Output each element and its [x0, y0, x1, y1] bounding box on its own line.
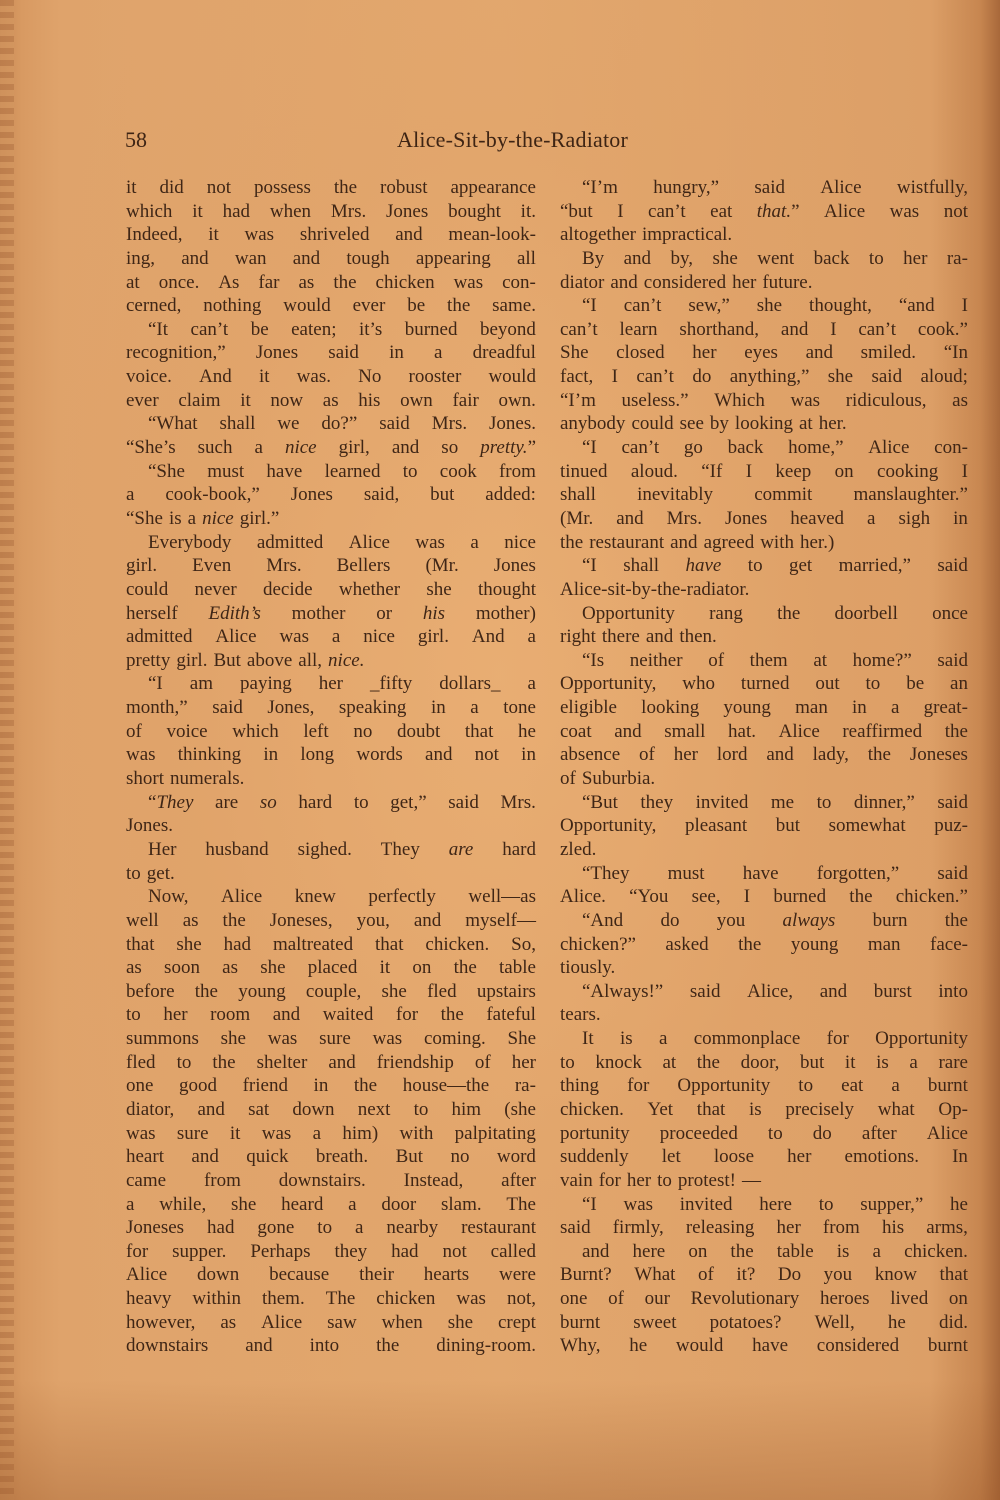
word: eligible	[560, 696, 617, 720]
word: them	[750, 649, 788, 673]
word: when	[382, 1311, 423, 1335]
word: added:	[485, 483, 536, 507]
word: for	[627, 1074, 649, 1098]
word: thinking	[178, 743, 241, 767]
word: coat	[560, 720, 592, 744]
page-number: 58	[125, 127, 147, 153]
text-line: ofSuburbia.	[560, 767, 968, 791]
word: and	[670, 531, 697, 555]
text-line: Sheclosedhereyesandsmiled.“In	[560, 341, 968, 365]
word: heroes	[820, 1287, 870, 1311]
word: she	[221, 1027, 246, 1051]
word: releasing	[686, 1216, 755, 1240]
word: was	[456, 1287, 486, 1311]
word: to	[317, 1216, 332, 1240]
word: “I	[582, 436, 597, 460]
word: but	[800, 1051, 824, 1075]
word: it	[845, 1051, 856, 1075]
word: the	[697, 1051, 720, 1075]
word: said	[937, 554, 968, 578]
word: appearing	[416, 247, 491, 271]
word: the	[376, 1334, 399, 1358]
word: “She	[126, 507, 163, 531]
word: me	[771, 791, 794, 815]
word: would	[283, 294, 331, 318]
word: By	[582, 247, 604, 271]
word: married,”	[839, 554, 911, 578]
word: was	[126, 1122, 156, 1146]
word: herself	[126, 602, 178, 626]
text-line: absenceofherlordandlady,theJoneses	[560, 743, 968, 767]
text-line: toknockatthedoor,butitisarare	[560, 1051, 968, 1075]
word: was	[126, 743, 156, 767]
text-line: Burnt?Whatofit?Doyouknowthat	[560, 1263, 968, 1287]
word: is	[169, 507, 182, 531]
word: diator	[560, 271, 604, 295]
word: the	[334, 176, 357, 200]
word: Alice	[824, 200, 865, 224]
word: was	[279, 625, 309, 649]
text-line: anybodycouldseebylookingather.	[560, 412, 968, 436]
word: no	[353, 720, 372, 744]
word: They	[381, 838, 420, 862]
text-line: “Theyaresohardtoget,”saidMrs.	[126, 791, 536, 815]
text-line: tiously.	[560, 956, 968, 980]
word: No	[358, 365, 381, 389]
word: paying	[240, 672, 292, 696]
word: Her	[148, 838, 176, 862]
text-line: fact,Ican’tdoanything,”shesaidaloud;	[560, 365, 968, 389]
word: you	[717, 909, 746, 933]
word: in	[521, 743, 536, 767]
word: she	[231, 1193, 256, 1217]
word: as	[126, 956, 142, 980]
word: nice	[504, 531, 536, 555]
text-line: Alicedownbecausetheirheartswere	[126, 1263, 536, 1287]
word: Opportunity	[582, 602, 675, 626]
word: pleasant	[685, 814, 747, 838]
word: not	[207, 176, 231, 200]
word: which	[126, 200, 172, 224]
word: so	[441, 436, 458, 460]
word: aloud.	[631, 460, 678, 484]
text-line: beforetheyoungcouple,shefledupstairs	[126, 980, 536, 1004]
word: Revolutionary	[691, 1287, 800, 1311]
word: the	[441, 1003, 464, 1027]
word: dreadful	[473, 341, 536, 365]
word: Jones	[494, 554, 536, 578]
word: downstairs	[126, 1334, 208, 1358]
word: placed	[308, 956, 358, 980]
text-line: toget.	[126, 862, 536, 886]
word: good	[179, 1074, 217, 1098]
word: ing,	[126, 247, 155, 271]
word: impractical.	[642, 223, 732, 247]
word: in	[431, 696, 446, 720]
word: that.”	[757, 200, 800, 224]
word: considered	[817, 1334, 899, 1358]
text-line: “Sheisanicegirl.”	[126, 507, 536, 531]
word: Mrs.	[667, 507, 702, 531]
word: maltreated	[273, 933, 353, 957]
text-line: “Iwasinvitedheretosupper,”he	[560, 1193, 968, 1217]
word: would	[488, 365, 536, 389]
word: thought	[478, 578, 536, 602]
word: same.	[492, 294, 536, 318]
word: Jones	[386, 200, 428, 224]
word: rang	[709, 602, 743, 626]
word: burnt	[928, 1334, 968, 1358]
text-line: whichithadwhenMrs.Jonesboughtit.	[126, 200, 536, 224]
word: “You	[629, 885, 668, 909]
text-line: “Always!”saidAlice,andburstinto	[560, 980, 968, 1004]
word: a	[528, 672, 536, 696]
word: the	[738, 933, 761, 957]
text-line: downstairsandintothedining-room.	[126, 1334, 536, 1358]
word: and	[395, 223, 422, 247]
word: can’t	[191, 318, 229, 342]
word: at	[662, 1051, 676, 1075]
word: the	[212, 1051, 235, 1075]
word: that	[126, 933, 155, 957]
word: on	[835, 460, 854, 484]
word: closed	[616, 341, 665, 365]
word: said,	[364, 483, 399, 507]
text-line: chicken.YetthatispreciselywhatOp-	[560, 1098, 968, 1122]
word: had	[223, 200, 250, 224]
text-line: saidfirmly,releasingherfromhisarms,	[560, 1216, 968, 1240]
word: down	[197, 1263, 239, 1287]
word: you,	[357, 909, 390, 933]
word: Jones	[291, 483, 333, 507]
word: pretty	[126, 649, 170, 673]
word: to	[866, 672, 881, 696]
word: slam.	[441, 1193, 482, 1217]
word: (she	[504, 1098, 536, 1122]
word: into	[310, 1334, 340, 1358]
word: perfectly	[368, 885, 436, 909]
word: could	[631, 412, 673, 436]
word: am	[190, 672, 213, 696]
word: she	[260, 956, 285, 980]
word: _fifty	[370, 672, 412, 696]
word: great-	[924, 696, 968, 720]
text-line: “Itcan’tbeeaten;it’sburnedbeyond	[126, 318, 536, 342]
word: nearby	[386, 1216, 438, 1240]
word: he	[629, 1334, 647, 1358]
word: did.	[939, 1311, 968, 1335]
word: to	[177, 1051, 192, 1075]
word: the	[777, 602, 800, 626]
word: turned	[741, 672, 790, 696]
text-line: forsupper.Perhapstheyhadnotcalled	[126, 1240, 536, 1264]
word: table	[499, 956, 536, 980]
word: well—as	[468, 885, 536, 909]
word: admitted	[126, 625, 192, 649]
word: the	[945, 909, 968, 933]
word: Perhaps	[250, 1240, 310, 1264]
word: loose	[714, 1145, 754, 1169]
word: Jones	[725, 507, 767, 531]
word: and	[293, 247, 320, 271]
word: chicken	[376, 1287, 435, 1311]
word: not	[442, 1240, 466, 1264]
text-line: Opportunityrangthedoorbellonce	[560, 602, 968, 626]
word: “Always!”	[582, 980, 663, 1004]
word: burst	[874, 980, 912, 1004]
word: a	[873, 1240, 881, 1264]
text-line: acook-book,”Jonessaid,butadded:	[126, 483, 536, 507]
word: by,	[671, 247, 694, 271]
word: no	[450, 1145, 469, 1169]
word: a	[891, 696, 899, 720]
word: emotions.	[845, 1145, 919, 1169]
word: be	[906, 672, 924, 696]
word: she	[426, 578, 451, 602]
word: summons	[126, 1027, 199, 1051]
word: him	[452, 1098, 482, 1122]
word: friendship	[377, 1051, 454, 1075]
word: well	[126, 909, 159, 933]
word: doubt	[397, 720, 440, 744]
word: “I	[582, 554, 597, 578]
word: have	[743, 862, 779, 886]
word: cook-book,”	[165, 483, 259, 507]
word: She	[508, 1027, 537, 1051]
word: eat	[841, 1074, 863, 1098]
word: Burnt?	[560, 1263, 612, 1287]
word: She	[560, 341, 589, 365]
word: of	[608, 1287, 624, 1311]
word: a	[348, 1193, 356, 1217]
word: sew,”	[688, 294, 730, 318]
word: her.	[819, 412, 847, 436]
word: and	[616, 507, 643, 531]
word: was	[373, 1027, 403, 1051]
word: his	[882, 1216, 904, 1240]
word: chicken.	[425, 933, 489, 957]
word: and	[582, 1240, 609, 1264]
word: Now,	[148, 885, 188, 909]
word: altogether	[560, 223, 636, 247]
text-line: admittedAlicewasanicegirl.Anda	[126, 625, 536, 649]
word: do?”	[321, 412, 357, 436]
text-line: portunityproceededtodoafterAlice	[560, 1122, 968, 1146]
word: looking	[641, 696, 699, 720]
word: she	[828, 365, 853, 389]
word: an	[950, 672, 968, 696]
word: smiled.	[861, 341, 916, 365]
word: dinner,”	[854, 791, 915, 815]
word: decide	[263, 578, 313, 602]
word: Alice	[868, 436, 909, 460]
text-line: Opportunity,pleasantbutsomewhatpuz-	[560, 814, 968, 838]
word: Jones.	[126, 814, 173, 838]
word: he	[888, 1311, 906, 1335]
word: who	[682, 672, 715, 696]
word: “I’m	[560, 389, 596, 413]
word: forgotten,”	[817, 862, 900, 886]
word: “She	[148, 460, 185, 484]
word: was	[454, 271, 484, 295]
text-line: burntsweetpotatoes?Well,hedid.	[560, 1311, 968, 1335]
word: a	[126, 483, 134, 507]
word: get	[789, 554, 812, 578]
word: sweet	[633, 1311, 676, 1335]
word: So,	[511, 933, 536, 957]
text-line: Alice.“Yousee,Iburnedthechicken.”	[560, 885, 968, 909]
text-line: “I’mhungry,”saidAlicewistfully,	[560, 176, 968, 200]
word: you	[824, 1263, 853, 1287]
word: But	[213, 649, 240, 673]
word: above	[247, 649, 292, 673]
word: of	[639, 743, 655, 767]
word: at	[126, 271, 140, 295]
word: he	[518, 720, 536, 744]
word: and	[610, 271, 637, 295]
word: girl,	[339, 436, 370, 460]
word: have	[686, 554, 722, 578]
word: to	[560, 1051, 575, 1075]
word: fact,	[560, 365, 593, 389]
word: that	[465, 720, 494, 744]
word: a	[126, 1193, 134, 1217]
word: appearance	[450, 176, 535, 200]
word: eaten;	[291, 318, 336, 342]
word: nice	[202, 507, 234, 531]
left-column: itdidnotpossesstherobustappearancewhichi…	[126, 176, 536, 1358]
word: at	[813, 649, 827, 673]
word: crept	[498, 1311, 536, 1335]
word: “If	[701, 460, 722, 484]
text-line: month,”saidJones,speakinginatone	[126, 696, 536, 720]
word: always	[783, 909, 836, 933]
word: “but	[560, 200, 593, 224]
word: was	[890, 200, 920, 224]
text-line: prettygirl.Butaboveall,nice.	[126, 649, 536, 673]
word: face-	[930, 933, 968, 957]
word: Alice	[221, 885, 262, 909]
word: a	[470, 696, 478, 720]
word: as	[323, 389, 339, 413]
word: to	[414, 1098, 429, 1122]
word: called	[491, 1240, 536, 1264]
word: to	[817, 791, 832, 815]
text-line: girl.EvenMrs.Bellers(Mr.Jones	[126, 554, 536, 578]
word: for	[827, 1027, 849, 1051]
text-line: “butIcan’teatthat.”Alicewasnot	[560, 200, 968, 224]
word: supper,”	[860, 1193, 923, 1217]
word: arms,	[926, 1216, 968, 1240]
word: chicken?”	[560, 933, 636, 957]
word: wistfully,	[897, 176, 968, 200]
text-line: Indeed,itwasshriveledandmean-look-	[126, 223, 536, 247]
text-line: Joneseshadgonetoanearbyrestaurant	[126, 1216, 536, 1240]
word: so	[260, 791, 277, 815]
word: it	[208, 223, 219, 247]
word: “and	[899, 294, 935, 318]
word: shorthand,	[679, 318, 759, 342]
page-header: 58 Alice-Sit-by-the-Radiator	[125, 127, 975, 161]
word: never	[195, 578, 237, 602]
word: cook.”	[918, 318, 968, 342]
word: And	[472, 625, 505, 649]
word: Yet	[648, 1098, 674, 1122]
word: Jones	[256, 341, 298, 365]
word: Alice	[261, 1311, 302, 1335]
text-line: assoonassheplaceditonthetable	[126, 956, 536, 980]
word: downstairs.	[279, 1169, 366, 1193]
word: it	[380, 956, 391, 980]
text-line: toherroomandwaitedforthefateful	[126, 1003, 536, 1027]
word: with	[400, 1122, 434, 1146]
word: to	[768, 1122, 783, 1146]
word: get,”	[390, 791, 426, 815]
word: a	[867, 507, 875, 531]
text-line: eligiblelookingyoungmaninagreat-	[560, 696, 968, 720]
word: heaved	[790, 507, 844, 531]
word: one	[560, 1287, 587, 1311]
word: the	[560, 531, 583, 555]
word: husband	[205, 838, 268, 862]
word: now	[270, 389, 303, 413]
word: it	[126, 176, 137, 200]
word: mean-look-	[448, 223, 536, 247]
word: door,	[741, 1051, 780, 1075]
word: and	[820, 980, 847, 1004]
text-line: fledtotheshelterandfriendshipofher	[126, 1051, 536, 1075]
word: once	[932, 602, 968, 626]
word: said	[328, 341, 359, 365]
word: at	[799, 412, 813, 436]
text-line: wasthinkinginlongwordsandnotin	[126, 743, 536, 767]
word: admitted	[257, 531, 323, 555]
word: here	[759, 1193, 792, 1217]
word: Everybody	[148, 531, 231, 555]
word: out	[815, 672, 839, 696]
word: As	[218, 271, 239, 295]
word: In	[952, 1145, 968, 1169]
word: while,	[159, 1193, 206, 1217]
word: that	[375, 933, 404, 957]
word: and	[766, 743, 793, 767]
word: let	[662, 1145, 681, 1169]
word: suddenly	[560, 1145, 629, 1169]
word: —	[742, 1169, 761, 1193]
word: by	[710, 412, 729, 436]
word: her	[692, 341, 716, 365]
word: ever	[126, 389, 159, 413]
word: hard	[298, 791, 332, 815]
word: go	[684, 436, 703, 460]
text-line: camefromdownstairs.Instead,after	[126, 1169, 536, 1193]
word: couple,	[306, 980, 361, 1004]
word: in	[314, 1074, 329, 1098]
word: our	[645, 1287, 670, 1311]
text-line: heavywithinthem.Thechickenwasnot,	[126, 1287, 536, 1311]
word: considered	[644, 271, 726, 295]
word: month,”	[126, 696, 188, 720]
word: burned	[773, 885, 826, 909]
word: ridiculous,	[846, 389, 927, 413]
word: fled	[427, 980, 457, 1004]
word: is	[876, 1051, 889, 1075]
word: next	[358, 1098, 391, 1122]
word: of	[560, 767, 576, 791]
word: ever	[353, 294, 386, 318]
word: was	[262, 1122, 292, 1146]
word: aloud;	[920, 365, 968, 389]
